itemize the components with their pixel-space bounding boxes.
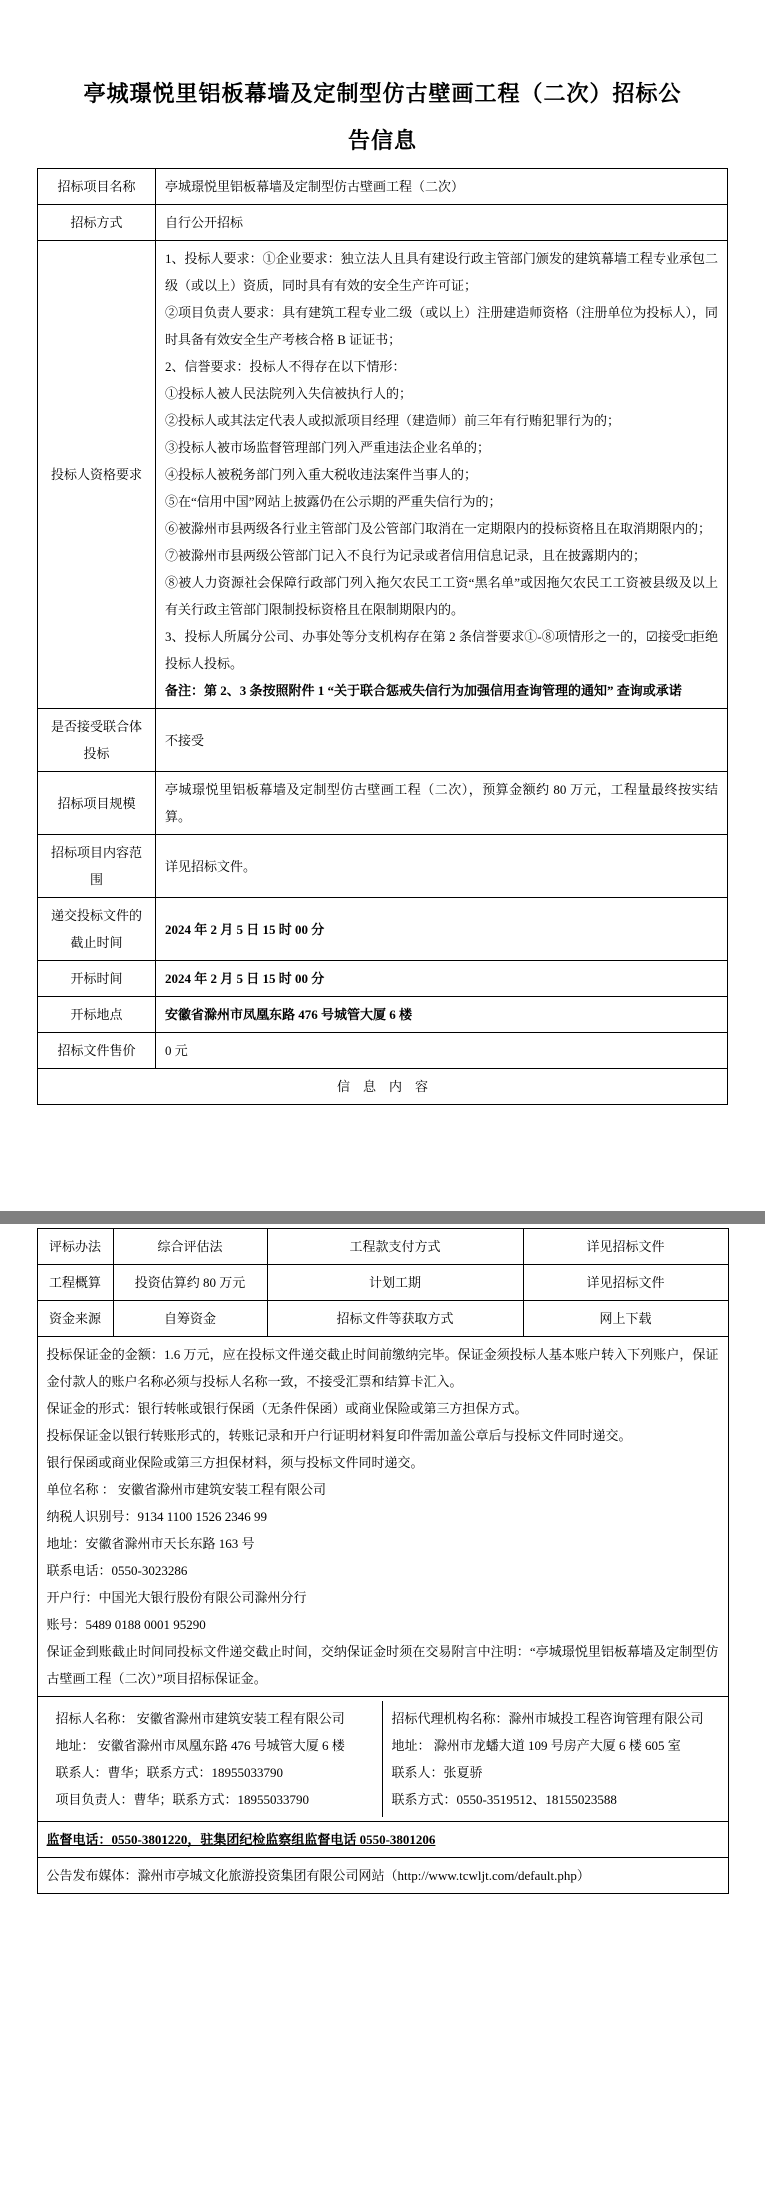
field-label: 开标地点 <box>38 997 156 1033</box>
page-title: 亭城璟悦里铝板幕墙及定制型仿古壁画工程（二次）招标公告信息 <box>77 70 689 164</box>
field-value: 详见招标文件 <box>523 1229 728 1265</box>
table-row-deadline: 递交投标文件的截止时间 2024 年 2 月 5 日 15 时 00 分 <box>38 898 728 961</box>
field-label: 招标项目内容范围 <box>38 835 156 898</box>
field-value: 网上下载 <box>523 1301 728 1337</box>
table-row-funding-access: 资金来源 自筹资金 招标文件等获取方式 网上下载 <box>37 1301 728 1337</box>
contacts-cell: 招标人名称： 安徽省滁州市建筑安装工程有限公司地址： 安徽省滁州市凤凰东路 47… <box>37 1697 728 1822</box>
document-page: 亭城璟悦里铝板幕墙及定制型仿古壁画工程（二次）招标公告信息 招标项目名称 亭城璟… <box>0 70 765 1894</box>
table-row-media: 公告发布媒体：滁州市亭城文化旅游投资集团有限公司网站（http://www.tc… <box>37 1858 728 1894</box>
field-label: 开标时间 <box>38 961 156 997</box>
field-value: 亭城璟悦里铝板幕墙及定制型仿古壁画工程（二次） <box>156 169 728 205</box>
field-label: 招标文件售价 <box>38 1033 156 1069</box>
field-label: 投标人资格要求 <box>38 241 156 709</box>
announcement-media: 公告发布媒体：滁州市亭城文化旅游投资集团有限公司网站（http://www.tc… <box>37 1858 728 1894</box>
table-row-budget-duration: 工程概算 投资估算约 80 万元 计划工期 详见招标文件 <box>37 1265 728 1301</box>
field-value: 投资估算约 80 万元 <box>113 1265 267 1301</box>
table-row-consortium: 是否接受联合体投标 不接受 <box>38 709 728 772</box>
field-label: 招标文件等获取方式 <box>267 1301 523 1337</box>
table-row-evaluation-payment: 评标办法 综合评估法 工程款支付方式 详见招标文件 <box>37 1229 728 1265</box>
table-row-section-footer: 信 息 内 容 <box>38 1069 728 1105</box>
field-value: 1、投标人要求：①企业要求：独立法人且具有建设行政主管部门颁发的建筑幕墙工程专业… <box>156 241 728 709</box>
agency-contact-block: 招标代理机构名称：滁州市城投工程咨询管理有限公司地址： 滁州市龙蟠大道 109 … <box>383 1701 719 1817</box>
qualification-paragraphs: 1、投标人要求：①企业要求：独立法人且具有建设行政主管部门颁发的建筑幕墙工程专业… <box>165 245 718 677</box>
section-footer: 信 息 内 容 <box>38 1069 728 1105</box>
field-label: 工程概算 <box>37 1265 113 1301</box>
page-divider-bar <box>0 1211 765 1224</box>
field-value: 综合评估法 <box>113 1229 267 1265</box>
field-label: 招标项目规模 <box>38 772 156 835</box>
table-row-open-place: 开标地点 安徽省滁州市凤凰东路 476 号城管大厦 6 楼 <box>38 997 728 1033</box>
table-row-doc-price: 招标文件售价 0 元 <box>38 1033 728 1069</box>
field-value: 2024 年 2 月 5 日 15 时 00 分 <box>156 898 728 961</box>
field-value: 不接受 <box>156 709 728 772</box>
field-label: 递交投标文件的截止时间 <box>38 898 156 961</box>
field-label: 计划工期 <box>267 1265 523 1301</box>
deposit-paragraphs: 投标保证金的金额：1.6 万元，应在投标文件递交截止时间前缴纳完毕。保证金须投标… <box>47 1341 719 1692</box>
table-row-supervision: 监督电话：0550-3801220，驻集团纪检监察组监督电话 0550-3801… <box>37 1822 728 1858</box>
field-value: 安徽省滁州市凤凰东路 476 号城管大厦 6 楼 <box>156 997 728 1033</box>
table-row-contacts: 招标人名称： 安徽省滁州市建筑安装工程有限公司地址： 安徽省滁州市凤凰东路 47… <box>37 1697 728 1822</box>
field-value: 自行公开招标 <box>156 205 728 241</box>
table-row-method: 招标方式 自行公开招标 <box>38 205 728 241</box>
field-value: 亭城璟悦里铝板幕墙及定制型仿古壁画工程（二次），预算金额约 80 万元，工程量最… <box>156 772 728 835</box>
tender-info-table: 招标项目名称 亭城璟悦里铝板幕墙及定制型仿古壁画工程（二次） 招标方式 自行公开… <box>37 168 728 1105</box>
field-value: 2024 年 2 月 5 日 15 时 00 分 <box>156 961 728 997</box>
table-row-open-time: 开标时间 2024 年 2 月 5 日 15 时 00 分 <box>38 961 728 997</box>
field-label: 工程款支付方式 <box>267 1229 523 1265</box>
deposit-info-cell: 投标保证金的金额：1.6 万元，应在投标文件递交截止时间前缴纳完毕。保证金须投标… <box>37 1337 728 1697</box>
table-row-project-name: 招标项目名称 亭城璟悦里铝板幕墙及定制型仿古壁画工程（二次） <box>38 169 728 205</box>
field-label: 招标方式 <box>38 205 156 241</box>
tender-detail-table: 评标办法 综合评估法 工程款支付方式 详见招标文件 工程概算 投资估算约 80 … <box>37 1228 729 1894</box>
table-row-scope: 招标项目内容范围 详见招标文件。 <box>38 835 728 898</box>
field-value: 详见招标文件。 <box>156 835 728 898</box>
table-row-deposit: 投标保证金的金额：1.6 万元，应在投标文件递交截止时间前缴纳完毕。保证金须投标… <box>37 1337 728 1697</box>
supervision-phone: 监督电话：0550-3801220，驻集团纪检监察组监督电话 0550-3801… <box>37 1822 728 1858</box>
field-value: 详见招标文件 <box>523 1265 728 1301</box>
field-label: 是否接受联合体投标 <box>38 709 156 772</box>
field-label: 招标项目名称 <box>38 169 156 205</box>
qualification-note: 备注：第 2、3 条按照附件 1 “关于联合惩戒失信行为加强信用查询管理的通知”… <box>165 677 718 704</box>
table-row-qualification: 投标人资格要求 1、投标人要求：①企业要求：独立法人且具有建设行政主管部门颁发的… <box>38 241 728 709</box>
field-label: 资金来源 <box>37 1301 113 1337</box>
field-value: 自筹资金 <box>113 1301 267 1337</box>
bidder-contact-block: 招标人名称： 安徽省滁州市建筑安装工程有限公司地址： 安徽省滁州市凤凰东路 47… <box>47 1701 383 1817</box>
table-row-scale: 招标项目规模 亭城璟悦里铝板幕墙及定制型仿古壁画工程（二次），预算金额约 80 … <box>38 772 728 835</box>
field-label: 评标办法 <box>37 1229 113 1265</box>
field-value: 0 元 <box>156 1033 728 1069</box>
